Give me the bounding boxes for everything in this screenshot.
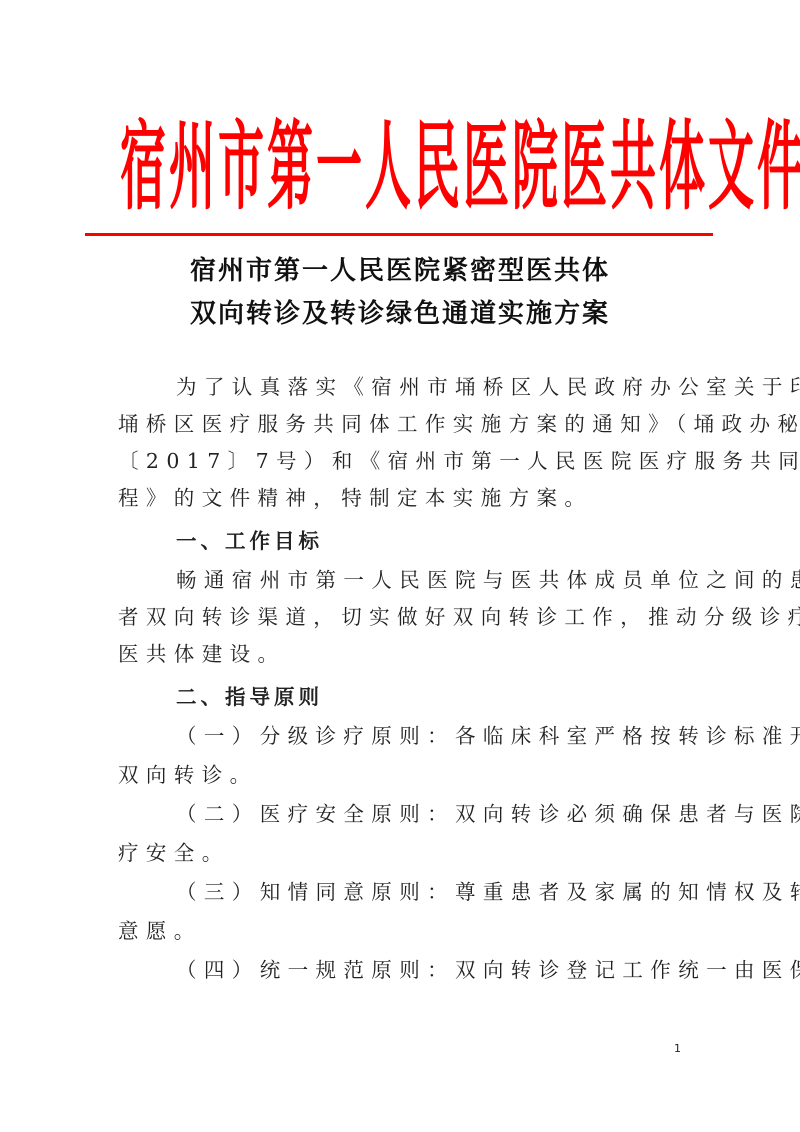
body-text-line: （三）知情同意原则：尊重患者及家属的知情权及转诊 [176,878,746,906]
body-text-line: 者双向转诊渠道，切实做好双向转诊工作，推动分级诊疗和 [118,603,688,631]
body-text-line: 意愿。 [118,917,688,945]
body-text-line: 双向转诊。 [118,761,688,789]
document-title-line-1: 宿州市第一人民医院紧密型医共体 [100,250,700,287]
body-text-line: （四）统一规范原则：双向转诊登记工作统一由医保科 [176,956,746,984]
red-divider-line [85,233,713,236]
page-number: 1 [674,1042,681,1055]
body-text-line: 医共体建设。 [118,640,688,668]
body-text-line: （一）分级诊疗原则：各临床科室严格按转诊标准开展 [176,722,746,750]
body-text-line: 程》的文件精神，特制定本实施方案。 [118,484,688,512]
document-title-line-2: 双向转诊及转诊绿色通道实施方案 [100,293,700,330]
body-text-line: （二）医疗安全原则：双向转诊必须确保患者与医院医 [176,800,746,828]
body-text-line: 畅通宿州市第一人民医院与医共体成员单位之间的患 [176,566,746,594]
section-heading: 二、指导原则 [176,683,746,711]
body-text-line: 〔2017〕7号）和《宿州市第一人民医院医疗服务共同体章 [118,447,688,475]
body-text-line: 埇桥区医疗服务共同体工作实施方案的通知》（埇政办秘 [118,410,688,438]
document-page: 宿州市第一人民医院医共体文件 宿州市第一人民医院紧密型医共体 双向转诊及转诊绿色… [0,0,800,1132]
body-text-line: 疗安全。 [118,839,688,867]
section-heading: 一、工作目标 [176,527,746,555]
body-text-line: 为了认真落实《宿州市埇桥区人民政府办公室关于印发 [176,373,746,401]
